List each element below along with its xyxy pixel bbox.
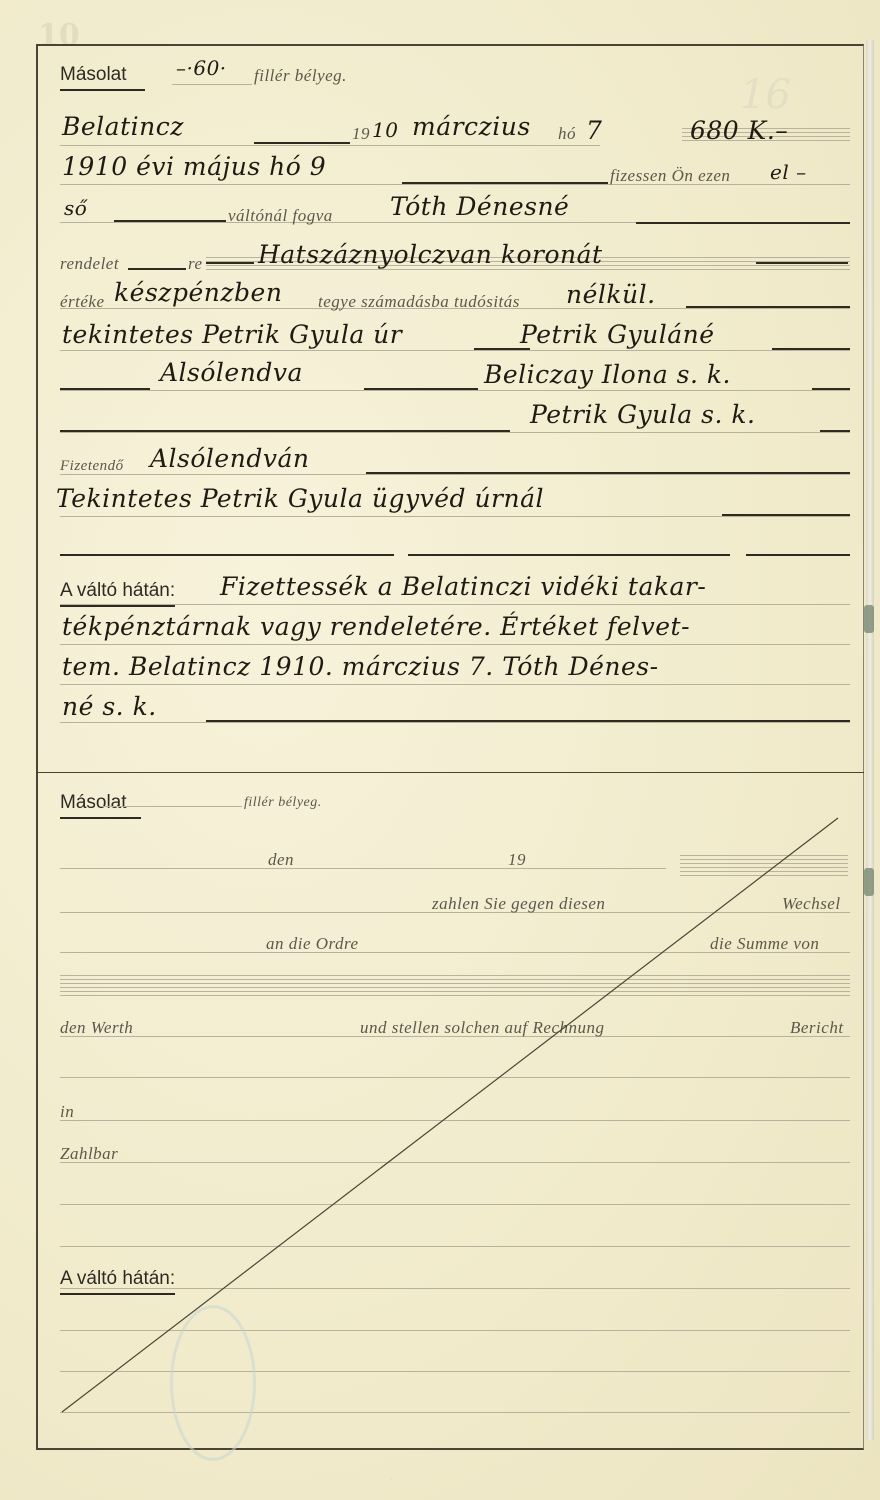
place-handwritten: Belatincz: [62, 112, 184, 141]
payable-place-handwritten: Alsólendván: [150, 444, 309, 473]
hatan-label-2: A váltó hátán:: [60, 1268, 175, 1295]
rule: [60, 184, 850, 185]
fill-stroke: [686, 306, 850, 308]
fizessen-label: fizessen Ön ezen: [610, 166, 730, 186]
tegye-label: tegye számadásba tudósitás: [318, 292, 520, 312]
amount-words-handwritten: Hatszáznyolczvan koronát: [258, 240, 603, 269]
fill-stroke: [60, 430, 510, 432]
drawee-place-handwritten: Alsólendva: [160, 358, 303, 387]
rule: [60, 1162, 850, 1163]
rule: [60, 684, 850, 685]
stellen-label: und stellen solchen auf Rechnung: [360, 1018, 605, 1038]
endorsement-line-4: né s. k.: [62, 692, 157, 721]
fill-stroke: [128, 268, 186, 270]
endorsement-line-3: tem. Belatincz 1910. márczius 7. Tóth Dé…: [62, 652, 659, 681]
fill-stroke: [206, 262, 254, 264]
werth-label: den Werth: [60, 1018, 133, 1038]
hatan-label: A váltó hátán:: [60, 580, 175, 607]
stamp-line: [102, 806, 242, 807]
rule: [60, 350, 850, 351]
rule: [60, 1204, 850, 1205]
fill-stroke: [364, 388, 478, 390]
binding-edge: [866, 40, 874, 1440]
wechsel-label: Wechsel: [782, 894, 841, 914]
rule: [60, 722, 850, 723]
stamp-line: [172, 84, 252, 85]
fill-stroke: [60, 554, 394, 556]
fill-stroke: [206, 720, 850, 722]
ordre-label: an die Ordre: [266, 934, 359, 954]
fizetendo-label: Fizetendő: [60, 458, 124, 475]
bericht-label: Bericht: [790, 1018, 844, 1038]
rule: [60, 1246, 850, 1247]
stamp-value: –·60·: [176, 56, 227, 80]
fill-stroke: [756, 262, 848, 264]
rule: [60, 145, 600, 146]
payee-handwritten: Tóth Dénesné: [390, 192, 569, 221]
fill-stroke: [114, 220, 226, 222]
sum-ruled-field: [60, 972, 850, 996]
binding-clip: [864, 868, 874, 896]
fill-stroke: [772, 348, 850, 350]
drawer-1-handwritten: Petrik Gyuláné: [520, 320, 715, 349]
rule: [60, 516, 850, 517]
rule: [60, 1077, 850, 1078]
rule: [60, 474, 850, 475]
masolat-label: Másolat: [60, 64, 145, 91]
fill-stroke: [820, 430, 850, 432]
drawer-3-handwritten: Petrik Gyula s. k.: [530, 400, 755, 429]
re-label: re: [188, 254, 203, 274]
stamp-text-2: fillér bélyeg.: [244, 795, 322, 811]
den-label: den: [268, 850, 294, 870]
rule: [60, 644, 850, 645]
fill-stroke: [746, 554, 850, 556]
rule: [60, 390, 850, 391]
due-date-handwritten: 1910 évi május hó 9: [62, 152, 326, 181]
rule: [60, 1288, 850, 1289]
ho-label: hó: [558, 124, 576, 144]
section-divider: [36, 772, 864, 773]
year-prefix: 19: [352, 124, 370, 144]
fill-stroke: [366, 472, 850, 474]
zahlen-label: zahlen Sie gegen diesen: [432, 894, 605, 914]
el-prefix: el –: [770, 160, 807, 184]
date-line: [60, 868, 666, 869]
valtonal-label: váltónál fogva: [228, 206, 333, 226]
drawer-2-handwritten: Beliczay Ilona s. k.: [484, 360, 731, 389]
rendelet-label: rendelet: [60, 254, 119, 274]
fill-stroke: [254, 142, 350, 144]
day-handwritten: 7: [586, 116, 602, 145]
endorsement-line-1: Fizettessék a Belatinczi vidéki takar-: [220, 572, 706, 601]
fill-stroke: [636, 222, 850, 224]
stamp-text: fillér bélyeg.: [254, 66, 347, 86]
value-type-handwritten: készpénzben: [114, 278, 282, 307]
amount-handwritten: 680 K.–: [690, 116, 788, 145]
fill-stroke: [812, 388, 850, 390]
year-suffix: 10: [372, 118, 398, 142]
drawee-handwritten: tekintetes Petrik Gyula úr: [62, 320, 402, 349]
rule: [60, 1330, 850, 1331]
rule: [60, 1120, 850, 1121]
amount-ruled-box-2: [680, 852, 848, 878]
notice-handwritten: nélkül.: [566, 280, 656, 309]
elso-suffix: ső: [64, 196, 87, 220]
rule: [60, 432, 850, 433]
faded-stamp-seal: [170, 1305, 256, 1461]
zahlbar-label: Zahlbar: [60, 1144, 118, 1164]
binding-clip: [864, 605, 874, 633]
fill-stroke: [60, 388, 150, 390]
printer-imprint: ·: [390, 1476, 392, 1483]
payable-at-handwritten: Tekintetes Petrik Gyula ügyvéd úrnál: [56, 484, 544, 513]
rule: [60, 604, 850, 605]
fill-stroke: [722, 514, 850, 516]
year-label: 19: [508, 850, 526, 870]
in-label: in: [60, 1102, 74, 1122]
endorsement-line-2: tékpénztárnak vagy rendeletére. Értéket …: [62, 612, 690, 641]
summe-label: die Summe von: [710, 934, 819, 954]
fill-stroke: [408, 554, 730, 556]
erteke-label: értéke: [60, 292, 105, 312]
fill-stroke: [402, 182, 608, 184]
month-handwritten: márczius: [412, 112, 531, 141]
